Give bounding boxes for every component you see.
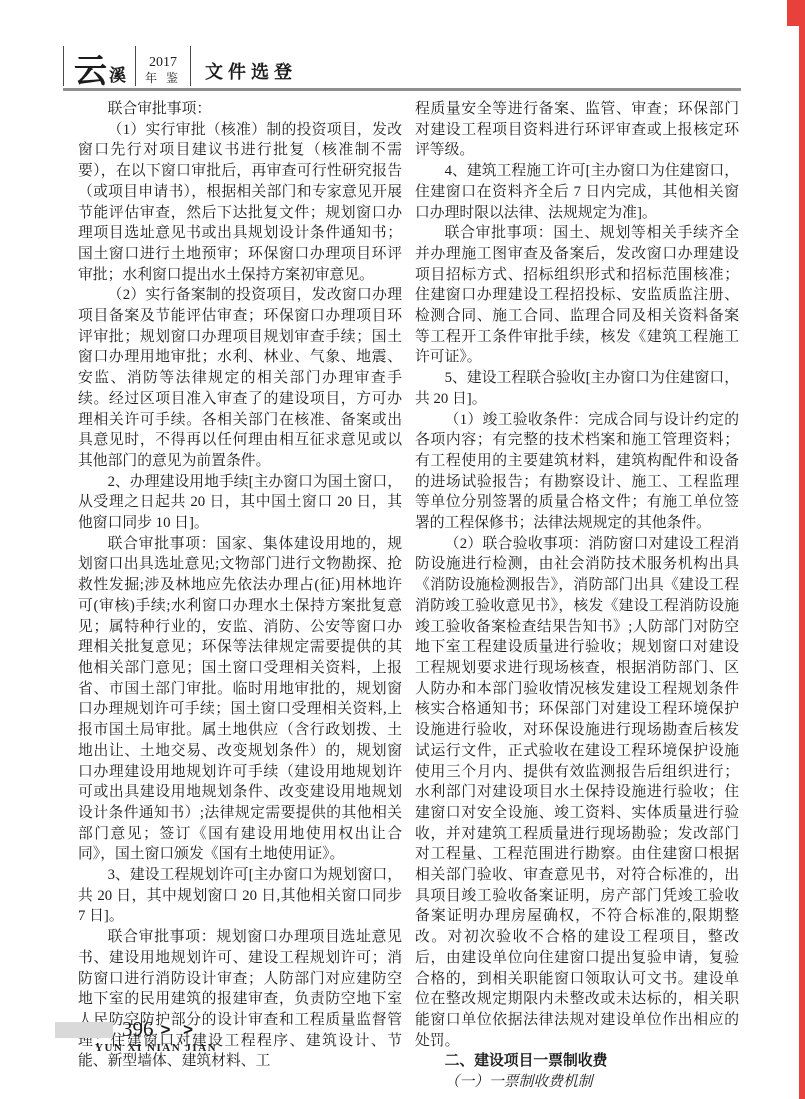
masthead: 云 溪 2017 年 鉴 文件选登 bbox=[63, 42, 297, 86]
paragraph: 5、建设工程联合验收[主办窗口为住建窗口，共 20 日]。 bbox=[415, 368, 739, 409]
right-column: 程质量安全等进行备案、监管、审查；环保部门对建设工程项目资料进行环评审查或上报核… bbox=[415, 99, 739, 1093]
page-number: 396 bbox=[122, 1019, 154, 1040]
paragraph: （一）一票制收费机制 bbox=[415, 1072, 739, 1093]
year-block: 2017 年 鉴 bbox=[136, 54, 190, 87]
paragraph: 联合审批事项：国土、规划等相关手续齐全并办理施工图审查及备案后，发改窗口办理建设… bbox=[415, 223, 739, 368]
paragraph: 程质量安全等进行备案、监管、审查；环保部门对建设工程项目资料进行环评审查或上报核… bbox=[415, 99, 739, 161]
romanized-title: YUN XI NIAN JIAN bbox=[95, 1042, 217, 1054]
text-columns: 联合审批事项：（1）实行审批（核准）制的投资项目，发改窗口先行对项目建议书进行批… bbox=[78, 99, 740, 1093]
paragraph: 2、办理建设用地手续[主办窗口为国土窗口，从受理之日起共 20 日，其中国土窗口… bbox=[78, 472, 402, 534]
paragraph: （2）实行备案制的投资项目，发改窗口办理项目备案及节能评估审查；环保窗口办理项目… bbox=[78, 285, 402, 471]
year-label: 年 鉴 bbox=[145, 71, 181, 86]
page-number-arrows: > > bbox=[161, 1021, 198, 1038]
paragraph: （1）实行审批（核准）制的投资项目，发改窗口先行对项目建议书进行批复（核准制不需… bbox=[78, 120, 402, 286]
left-column: 联合审批事项：（1）实行审批（核准）制的投资项目，发改窗口先行对项目建议书进行批… bbox=[78, 99, 402, 1093]
page-edge-tab bbox=[787, 0, 805, 26]
logo-character-large: 云 bbox=[74, 55, 107, 86]
paragraph: 联合审批事项： bbox=[78, 99, 402, 120]
paragraph: 3、建设工程规划许可[主办窗口为规划窗口，共 20 日，其中规划窗口 20 日,… bbox=[78, 865, 402, 927]
footer-gray-bar bbox=[55, 1022, 113, 1038]
header-rule bbox=[63, 88, 741, 91]
logo-character-small: 溪 bbox=[109, 67, 126, 86]
paragraph: （1）竣工验收条件：完成合同与设计约定的各项内容；有完整的技术档案和施工管理资料… bbox=[415, 410, 739, 534]
footer-row: 396 > > bbox=[55, 1019, 217, 1040]
paragraph: （2）联合验收事项：消防窗口对建设工程消防设施进行检测，由社会消防技术服务机构出… bbox=[415, 534, 739, 1052]
section-title: 文件选登 bbox=[191, 58, 297, 86]
document-page: 云 溪 2017 年 鉴 文件选登 联合审批事项：（1）实行审批（核准）制的投资… bbox=[0, 0, 805, 1099]
paragraph: 二、建设项目一票制收费 bbox=[415, 1051, 739, 1072]
paragraph: 4、建筑工程施工许可[主办窗口为住建窗口，住建窗口在资料齐全后 7 日内完成，其… bbox=[415, 161, 739, 223]
paragraph: 联合审批事项：国家、集体建设用地的，规划窗口出具选址意见;文物部门进行文物勘探、… bbox=[78, 534, 402, 865]
page-edge-line bbox=[799, 0, 805, 1099]
page-footer: 396 > > YUN XI NIAN JIAN bbox=[55, 1019, 217, 1054]
year-number: 2017 bbox=[145, 54, 181, 72]
yearbook-logo: 云 溪 bbox=[64, 55, 135, 86]
